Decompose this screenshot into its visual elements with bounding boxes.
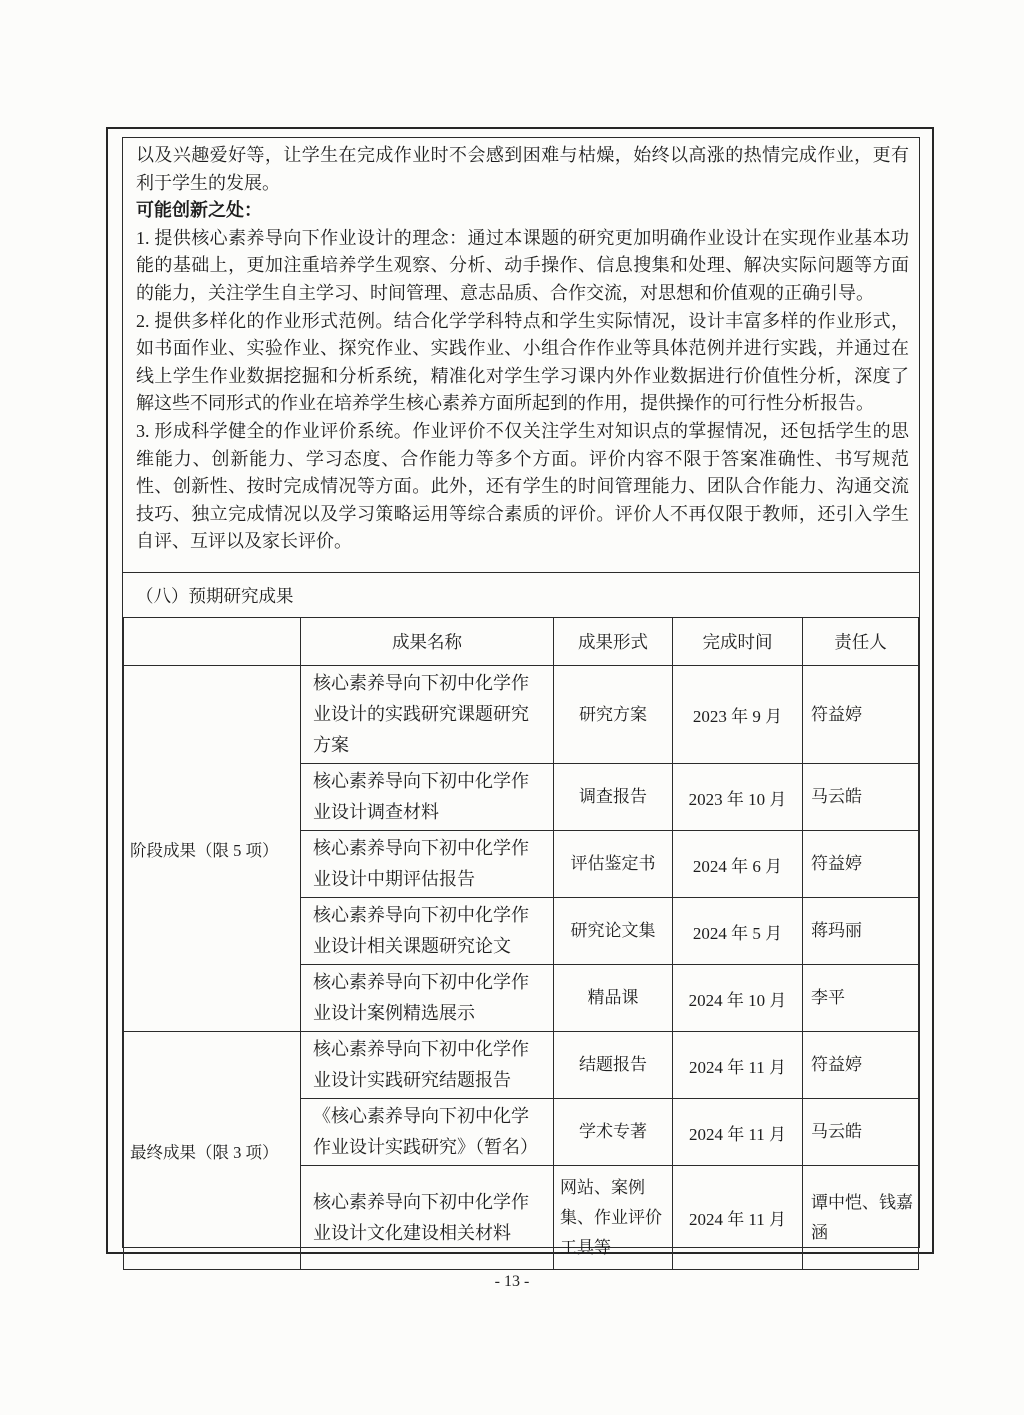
result-form: 学术专著 <box>554 1099 673 1166</box>
group-label-stage-results: 阶段成果（限 5 项） <box>124 666 301 1032</box>
result-name: 核心素养导向下初中化学作业设计实践研究结题报告 <box>301 1032 554 1099</box>
completion-time: 2024 年 5 月 <box>673 898 803 965</box>
responsible-person: 谭中恺、钱嘉涵 <box>803 1166 919 1270</box>
header-responsible-person: 责任人 <box>803 618 919 666</box>
responsible-person: 符益婷 <box>803 831 919 898</box>
innovation-point-3: 3. 形成科学健全的作业评价系统。作业评价不仅关注学生对知识点的掌握情况，还包括… <box>136 418 909 556</box>
innovation-point-1: 1. 提供核心素养导向下作业设计的理念：通过本课题的研究更加明确作业设计在实现作… <box>136 225 909 308</box>
table-row: 阶段成果（限 5 项） 核心素养导向下初中化学作业设计的实践研究课题研究方案 研… <box>124 666 919 764</box>
completion-time: 2024 年 6 月 <box>673 831 803 898</box>
result-form: 调查报告 <box>554 764 673 831</box>
responsible-person: 符益婷 <box>803 666 919 764</box>
completion-time: 2024 年 11 月 <box>673 1032 803 1099</box>
header-result-name: 成果名称 <box>301 618 554 666</box>
header-result-form: 成果形式 <box>554 618 673 666</box>
document-page: 以及兴趣爱好等，让学生在完成作业时不会感到困难与枯燥，始终以高涨的热情完成作业，… <box>0 0 1024 1415</box>
result-name: 核心素养导向下初中化学作业设计案例精选展示 <box>301 965 554 1032</box>
completion-time: 2024 年 11 月 <box>673 1099 803 1166</box>
header-completion-time: 完成时间 <box>673 618 803 666</box>
header-empty-cell <box>124 618 301 666</box>
completion-time: 2024 年 10 月 <box>673 965 803 1032</box>
content-box: 以及兴趣爱好等，让学生在完成作业时不会感到困难与枯燥，始终以高涨的热情完成作业，… <box>122 137 920 1248</box>
page-number: - 13 - <box>0 1273 1024 1291</box>
responsible-person: 蒋玛丽 <box>803 898 919 965</box>
result-name: 核心素养导向下初中化学作业设计文化建设相关材料 <box>301 1166 554 1270</box>
result-form: 评估鉴定书 <box>554 831 673 898</box>
result-form: 网站、案例集、作业评价工具等 <box>554 1166 673 1270</box>
section-heading: （八）预期研究成果 <box>123 572 919 617</box>
responsible-person: 李平 <box>803 965 919 1032</box>
result-form: 精品课 <box>554 965 673 1032</box>
result-form: 研究论文集 <box>554 898 673 965</box>
table-header-row: 成果名称 成果形式 完成时间 责任人 <box>124 618 919 666</box>
innovation-point-2: 2. 提供多样化的作业形式范例。结合化学学科特点和学生实际情况，设计丰富多样的作… <box>136 308 909 418</box>
group-label-final-results: 最终成果（限 3 项） <box>124 1032 301 1270</box>
innovation-heading: 可能创新之处： <box>136 197 909 225</box>
intro-paragraph: 以及兴趣爱好等，让学生在完成作业时不会感到困难与枯燥，始终以高涨的热情完成作业，… <box>136 142 909 197</box>
responsible-person: 马云皓 <box>803 764 919 831</box>
expected-results-table: 成果名称 成果形式 完成时间 责任人 阶段成果（限 5 项） 核心素养导向下初中… <box>123 617 919 1270</box>
result-name: 核心素养导向下初中化学作业设计调查材料 <box>301 764 554 831</box>
completion-time: 2024 年 11 月 <box>673 1166 803 1270</box>
table-row: 最终成果（限 3 项） 核心素养导向下初中化学作业设计实践研究结题报告 结题报告… <box>124 1032 919 1099</box>
text-block: 以及兴趣爱好等，让学生在完成作业时不会感到困难与枯燥，始终以高涨的热情完成作业，… <box>123 138 919 572</box>
result-form: 研究方案 <box>554 666 673 764</box>
result-name: 核心素养导向下初中化学作业设计中期评估报告 <box>301 831 554 898</box>
completion-time: 2023 年 10 月 <box>673 764 803 831</box>
result-name: 《核心素养导向下初中化学作业设计实践研究》（暂名） <box>301 1099 554 1166</box>
completion-time: 2023 年 9 月 <box>673 666 803 764</box>
result-form: 结题报告 <box>554 1032 673 1099</box>
result-name: 核心素养导向下初中化学作业设计相关课题研究论文 <box>301 898 554 965</box>
responsible-person: 马云皓 <box>803 1099 919 1166</box>
responsible-person: 符益婷 <box>803 1032 919 1099</box>
result-name: 核心素养导向下初中化学作业设计的实践研究课题研究方案 <box>301 666 554 764</box>
